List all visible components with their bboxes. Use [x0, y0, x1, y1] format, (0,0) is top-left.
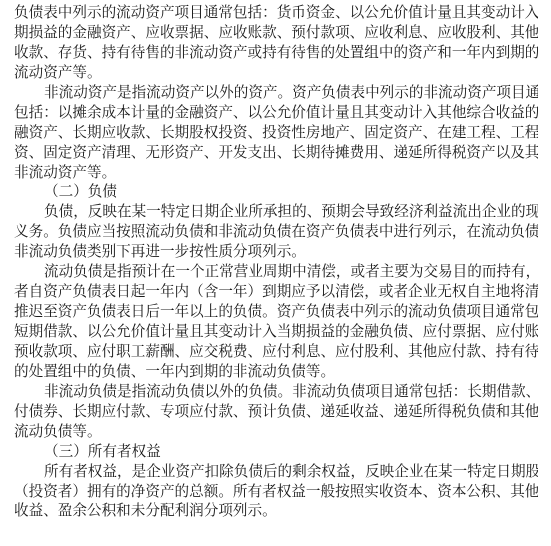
text-line: 收款、存货、持有待售的非流动资产或持有待售的处置组中的资产和一年内到期的非	[14, 43, 538, 63]
text-line: 流动资产等。	[14, 63, 538, 83]
text-line: 非流动负债是指流动负债以外的负债。非流动负债项目通常包括：长期借款、应	[14, 382, 538, 402]
text-line: 非流动负债类别下再进一步按性质分项列示。	[14, 242, 538, 262]
paragraph-non-current-liabilities: 非流动负债是指流动负债以外的负债。非流动负债项目通常包括：长期借款、应 付债券、…	[14, 382, 538, 442]
text-line: 期损益的金融资产、应收票据、应收账款、预付款项、应收利息、应收股利、其他应	[14, 23, 538, 43]
text-line: 流动负债等。	[14, 422, 538, 442]
text-line: 非流动资产是指流动资产以外的资产。资产负债表中列示的非流动资产项目通常	[14, 83, 538, 103]
text-line: 融资产、长期应收款、长期股权投资、投资性房地产、固定资产、在建工程、工程物	[14, 123, 538, 143]
paragraph-liabilities-definition: 负债，反映在某一特定日期企业所承担的、预期会导致经济利益流出企业的现时 义务。负…	[14, 202, 538, 262]
text-line: 所有者权益，是企业资产扣除负债后的剩余权益，反映企业在某一特定日期股东	[14, 462, 538, 482]
text-line: 流动负债是指预计在一个正常营业周期中清偿，或者主要为交易目的而持有，或	[14, 262, 538, 282]
section-heading: （二）负债	[14, 182, 538, 202]
text-line: 负债表中列示的流动资产项目通常包括：货币资金、以公允价值计量且其变动计入当	[14, 3, 538, 23]
text-line: 负债，反映在某一特定日期企业所承担的、预期会导致经济利益流出企业的现时	[14, 202, 538, 222]
section-heading-liabilities: （二）负债	[14, 182, 538, 202]
text-line: 义务。负债应当按照流动负债和非流动负债在资产负债表中进行列示，在流动负债和	[14, 222, 538, 242]
text-line: 者自资产负债表日起一年内（含一年）到期应予以清偿，或者企业无权自主地将清偿	[14, 282, 538, 302]
text-line: 资、固定资产清理、无形资产、开发支出、长期待摊费用、递延所得税资产以及其他	[14, 143, 538, 163]
paragraph-current-liabilities: 流动负债是指预计在一个正常营业周期中清偿，或者主要为交易目的而持有，或 者自资产…	[14, 262, 538, 382]
text-line: 短期借款、以公允价值计量且其变动计入当期损益的金融负债、应付票据、应付账款、	[14, 322, 538, 342]
paragraph-owners-equity: 所有者权益，是企业资产扣除负债后的剩余权益，反映企业在某一特定日期股东 （投资者…	[14, 462, 538, 522]
text-line: 收益、盈余公积和未分配利润分项列示。	[14, 501, 538, 521]
section-heading-owners-equity: （三）所有者权益	[14, 442, 538, 462]
text-line: 的处置组中的负债、一年内到期的非流动负债等。	[14, 362, 538, 382]
paragraph-non-current-assets: 非流动资产是指流动资产以外的资产。资产负债表中列示的非流动资产项目通常 包括：以…	[14, 83, 538, 183]
document-page: 负债表中列示的流动资产项目通常包括：货币资金、以公允价值计量且其变动计入当 期损…	[0, 0, 551, 546]
text-line: 推迟至资产负债表日后一年以上的负债。资产负债表中列示的流动负债项目通常包括：	[14, 302, 538, 322]
text-line: 非流动资产等。	[14, 163, 538, 183]
text-line: （投资者）拥有的净资产的总额。所有者权益一般按照实收资本、资本公积、其他综合	[14, 482, 538, 502]
paragraph-current-assets: 负债表中列示的流动资产项目通常包括：货币资金、以公允价值计量且其变动计入当 期损…	[14, 3, 538, 83]
text-line: 付债券、长期应付款、专项应付款、预计负债、递延收益、递延所得税负债和其他非	[14, 402, 538, 422]
section-heading: （三）所有者权益	[14, 442, 538, 462]
text-line: 预收款项、应付职工薪酬、应交税费、应付利息、应付股利、其他应付款、持有待售	[14, 342, 538, 362]
text-line: 包括：以摊余成本计量的金融资产、以公允价值计量且其变动计入其他综合收益的金	[14, 103, 538, 123]
